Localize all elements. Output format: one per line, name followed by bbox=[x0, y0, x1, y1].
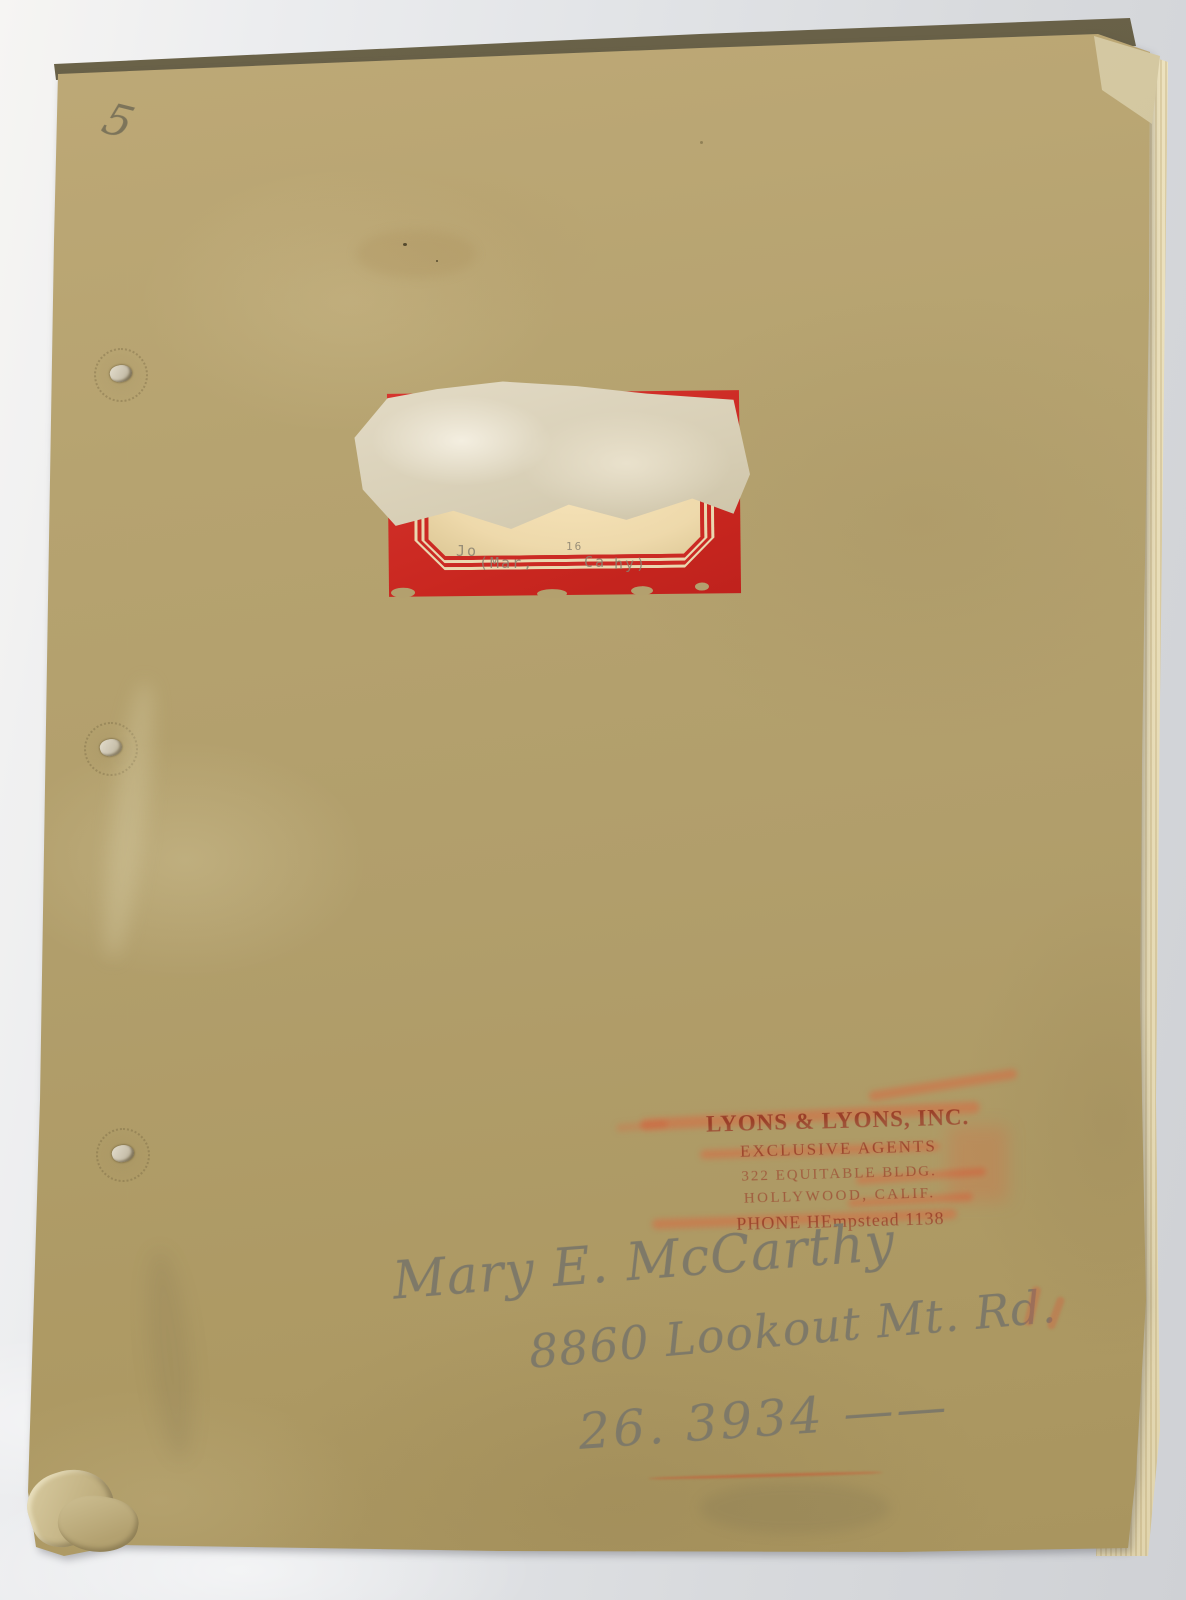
typed-title-fragment: 16 bbox=[566, 540, 583, 553]
label-chip bbox=[631, 586, 653, 595]
crease-shadow bbox=[139, 1248, 201, 1461]
label-chip bbox=[391, 588, 415, 598]
typed-title-fragment: Ca bbox=[584, 553, 606, 571]
label-chip bbox=[537, 589, 567, 598]
typed-title-fragment: (Mar, bbox=[479, 554, 534, 572]
brad-metal-icon bbox=[108, 362, 134, 384]
cover-content: 5 bbox=[0, 0, 1186, 1600]
scanned-script-cover-photo: 5 bbox=[0, 0, 1186, 1600]
brad-metal-icon bbox=[98, 736, 124, 758]
speck bbox=[403, 243, 407, 246]
crease-highlight bbox=[95, 679, 163, 961]
speck bbox=[436, 260, 438, 262]
typed-title-fragment: Jo bbox=[456, 542, 478, 560]
typed-title-fragment: hy) bbox=[614, 555, 647, 573]
red-pencil-line bbox=[648, 1471, 883, 1480]
crayon-smear bbox=[868, 1068, 1018, 1101]
crayon-smear bbox=[948, 1126, 1008, 1202]
crayon-smear bbox=[616, 1120, 668, 1133]
label-chip bbox=[695, 582, 709, 590]
speck bbox=[700, 141, 703, 144]
pencil-smudge bbox=[700, 1482, 890, 1534]
stain-mark bbox=[356, 230, 476, 278]
handwritten-name: Mary E. McCarthy bbox=[390, 1212, 897, 1311]
handwritten-number: 26. 3934 —— bbox=[576, 1377, 951, 1461]
crumpled-corner-bottom-left bbox=[24, 1452, 154, 1570]
brad-metal-icon bbox=[110, 1142, 136, 1164]
binding-brad-bottom bbox=[96, 1128, 150, 1182]
binding-brad-top bbox=[94, 348, 148, 402]
pencil-page-number: 5 bbox=[96, 94, 141, 149]
